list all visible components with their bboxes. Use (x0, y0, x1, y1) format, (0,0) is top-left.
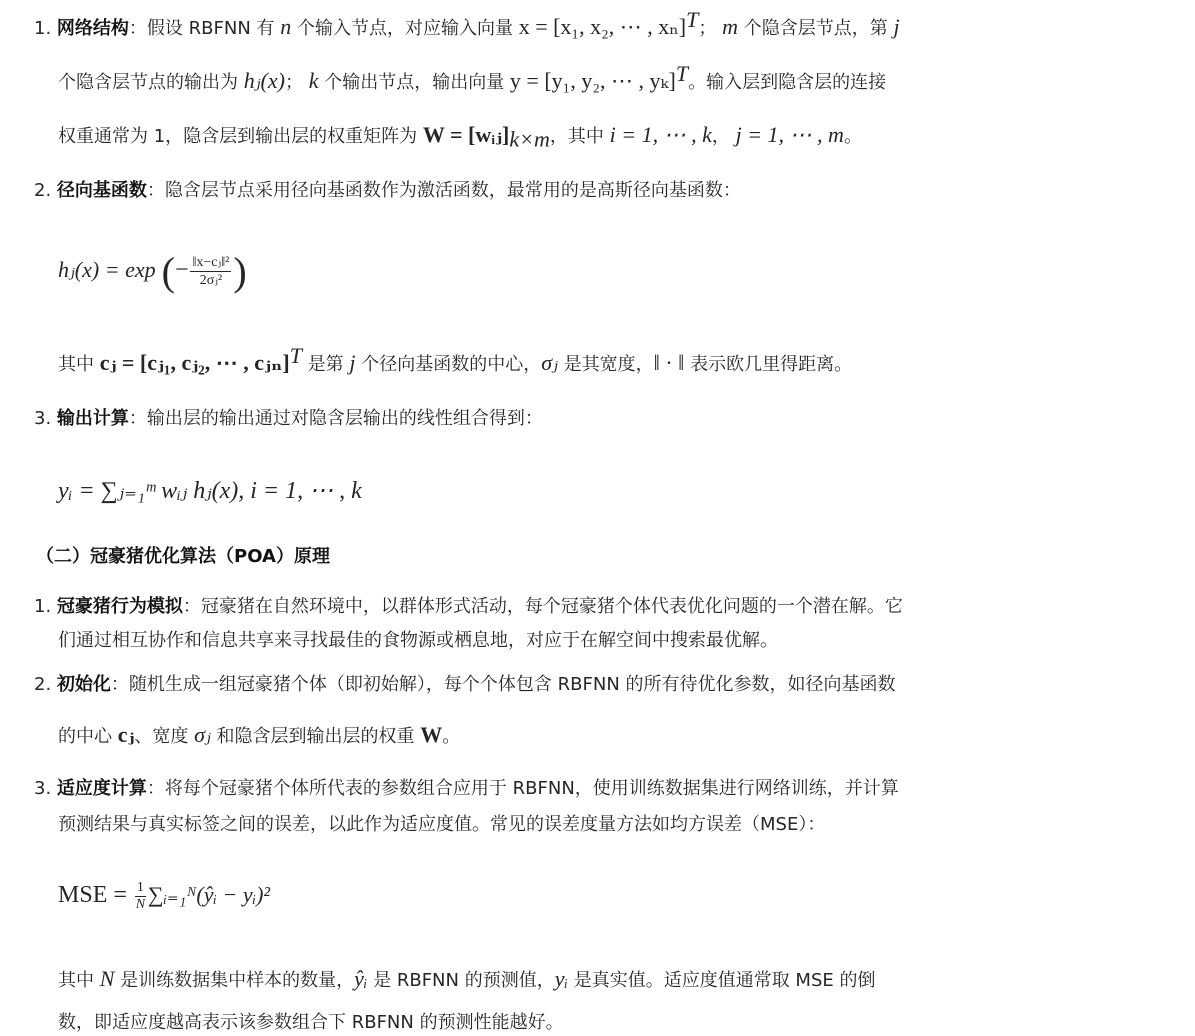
text: 个输出节点，输出向量 (318, 72, 509, 93)
math: ŷᵢ (354, 966, 367, 991)
text: 、宽度 (134, 726, 194, 747)
text: ：隐含层节点采用径向基函数作为激活函数，最常用的是高斯径向基函数： (147, 180, 741, 201)
numerator: 1 (135, 880, 146, 897)
math: W = [wᵢⱼ] (423, 122, 509, 147)
list-number: 1. (34, 596, 51, 617)
list-item: 1. 网络结构：假设 RBFNN 有 n 个输入节点，对应输入向量 x = [x… (34, 14, 900, 42)
text: ：输出层的输出通过对隐含层输出的线性组合得到： (129, 408, 543, 429)
item-title: 网络结构 (57, 18, 129, 39)
list-item-continuation: 个隐含层节点的输出为 hⱼ(x)； k 个输出节点，输出向量 y = [y₁, … (58, 68, 886, 96)
math: σⱼ (541, 350, 558, 375)
list-item-continuation: 预测结果与真实标签之间的误差，以此作为适应度值。常见的误差度量方法如均方误差（M… (58, 812, 825, 838)
formula-note: 其中 N 是训练数据集中样本的数量，ŷᵢ 是 RBFNN 的预测值，yᵢ 是真实… (58, 966, 875, 994)
math: T (676, 61, 688, 86)
list-number: 2. (34, 674, 51, 695)
section-heading: （二）冠豪猪优化算法（POA）原理 (36, 542, 330, 568)
math: i = 1, ⋯ , k (610, 122, 712, 147)
text: 其中 (58, 970, 100, 991)
text: 个输入节点，对应输入向量 (291, 18, 518, 39)
list-item-continuation: 的中心 cⱼ、宽度 σⱼ 和隐含层到输出层的权重 W。 (58, 722, 460, 750)
numerator: ‖x−cⱼ‖² (190, 254, 231, 272)
math: T (686, 7, 698, 32)
denominator: 2σⱼ² (190, 272, 231, 289)
list-number: 3. (34, 778, 51, 799)
text: 。 (442, 726, 460, 747)
text: 个隐含层节点的输出为 (58, 72, 244, 93)
text: ； (698, 18, 722, 39)
list-item: 1. 冠豪猪行为模拟：冠豪猪在自然环境中，以群体形式活动，每个冠豪猪个体代表优化… (34, 594, 903, 620)
fraction: ‖x−cⱼ‖²2σⱼ² (190, 254, 231, 289)
math: k×m (509, 127, 550, 152)
math: hⱼ(x) (244, 68, 285, 93)
math: y = [y₁, y₂, ⋯ , yₖ] (510, 68, 676, 93)
text: ：将每个冠豪猪个体所代表的参数组合应用于 RBFNN，使用训练数据集进行网络训练… (147, 778, 899, 799)
math: ‖ · ‖ (654, 350, 685, 375)
text: 是 RBFNN 的预测值， (367, 970, 554, 991)
text: 是第 (302, 354, 349, 375)
math: cⱼ (118, 722, 135, 747)
formula-note-continuation: 数，即适应度越高表示该参数组合下 RBFNN 的预测性能越好。 (58, 1010, 564, 1036)
list-item: 3. 输出计算：输出层的输出通过对隐含层输出的线性组合得到： (34, 406, 543, 432)
math: T (290, 343, 302, 368)
list-number: 2. (34, 180, 51, 201)
list-number: 1. (34, 18, 51, 39)
math: m (722, 14, 738, 39)
text: ：假设 RBFNN 有 (129, 18, 280, 39)
text: 其中 (58, 354, 100, 375)
math: k (309, 68, 319, 93)
text: 。 (844, 126, 862, 147)
text: 个隐含层节点，第 (738, 18, 893, 39)
denominator: N (135, 897, 146, 913)
text: 是其宽度， (558, 354, 654, 375)
math: x = [x₁, x₂, ⋯ , xₙ] (519, 14, 686, 39)
math: ∑ᵢ₌₁ᴺ(ŷᵢ − yᵢ)² (148, 882, 270, 907)
math: n (280, 14, 291, 39)
math: σⱼ (194, 722, 211, 747)
formula-output: yᵢ = ∑ⱼ₌₁ᵐ wᵢⱼ hⱼ(x), i = 1, ⋯ , k (58, 476, 362, 505)
text: ：随机生成一组冠豪猪个体（即初始解），每个个体包含 RBFNN 的所有待优化参数… (111, 674, 896, 695)
math: N (100, 966, 115, 991)
text: 。输入层到隐含层的连接 (688, 72, 886, 93)
text: 表示欧几里得距离。 (684, 354, 852, 375)
fraction: 1N (135, 880, 146, 913)
paren: ) (233, 249, 246, 294)
text: 权重通常为 1，隐含层到输出层的权重矩阵为 (58, 126, 423, 147)
text: ：冠豪猪在自然环境中，以群体形式活动，每个冠豪猪个体代表优化问题的一个潜在解。它 (183, 596, 903, 617)
formula-note: 其中 cⱼ = [cⱼ₁, cⱼ₂, ⋯ , cⱼₙ]T 是第 j 个径向基函数… (58, 350, 852, 378)
text: 的中心 (58, 726, 118, 747)
formula-mse: MSE = 1N∑ᵢ₌₁ᴺ(ŷᵢ − yᵢ)² (58, 880, 270, 913)
list-item: 3. 适应度计算：将每个冠豪猪个体所代表的参数组合应用于 RBFNN，使用训练数… (34, 776, 899, 802)
text: ， (712, 126, 736, 147)
text: ，其中 (550, 126, 610, 147)
item-title: 输出计算 (57, 408, 129, 429)
math: MSE = (58, 882, 133, 908)
math: W (420, 722, 442, 747)
item-title: 初始化 (57, 674, 111, 695)
math: j = 1, ⋯ , m (736, 122, 844, 147)
list-item-continuation: 权重通常为 1，隐含层到输出层的权重矩阵为 W = [wᵢⱼ]k×m，其中 i … (58, 122, 862, 150)
item-title: 径向基函数 (57, 180, 147, 201)
text: 是真实值。适应度值通常取 MSE 的倒 (568, 970, 876, 991)
item-title: 冠豪猪行为模拟 (57, 596, 183, 617)
list-item-continuation: 们通过相互协作和信息共享来寻找最佳的食物源或栖息地，对应于在解空间中搜索最优解。 (58, 628, 778, 654)
list-item: 2. 径向基函数：隐含层节点采用径向基函数作为激活函数，最常用的是高斯径向基函数… (34, 178, 741, 204)
formula-gaussian-rbf: hⱼ(x) = exp (−‖x−cⱼ‖²2σⱼ²) (58, 248, 247, 295)
math: yᵢ (555, 966, 568, 991)
math: cⱼ = [cⱼ₁, cⱼ₂, ⋯ , cⱼₙ] (100, 350, 290, 375)
text: ； (285, 72, 309, 93)
list-number: 3. (34, 408, 51, 429)
math: j (893, 14, 899, 39)
text: 个径向基函数的中心， (356, 354, 542, 375)
paren: ( (162, 249, 175, 294)
math: hⱼ(x) = exp (58, 257, 156, 282)
text: 是训练数据集中样本的数量， (114, 970, 354, 991)
item-title: 适应度计算 (57, 778, 147, 799)
text: 和隐含层到输出层的权重 (211, 726, 420, 747)
list-item: 2. 初始化：随机生成一组冠豪猪个体（即初始解），每个个体包含 RBFNN 的所… (34, 672, 896, 698)
